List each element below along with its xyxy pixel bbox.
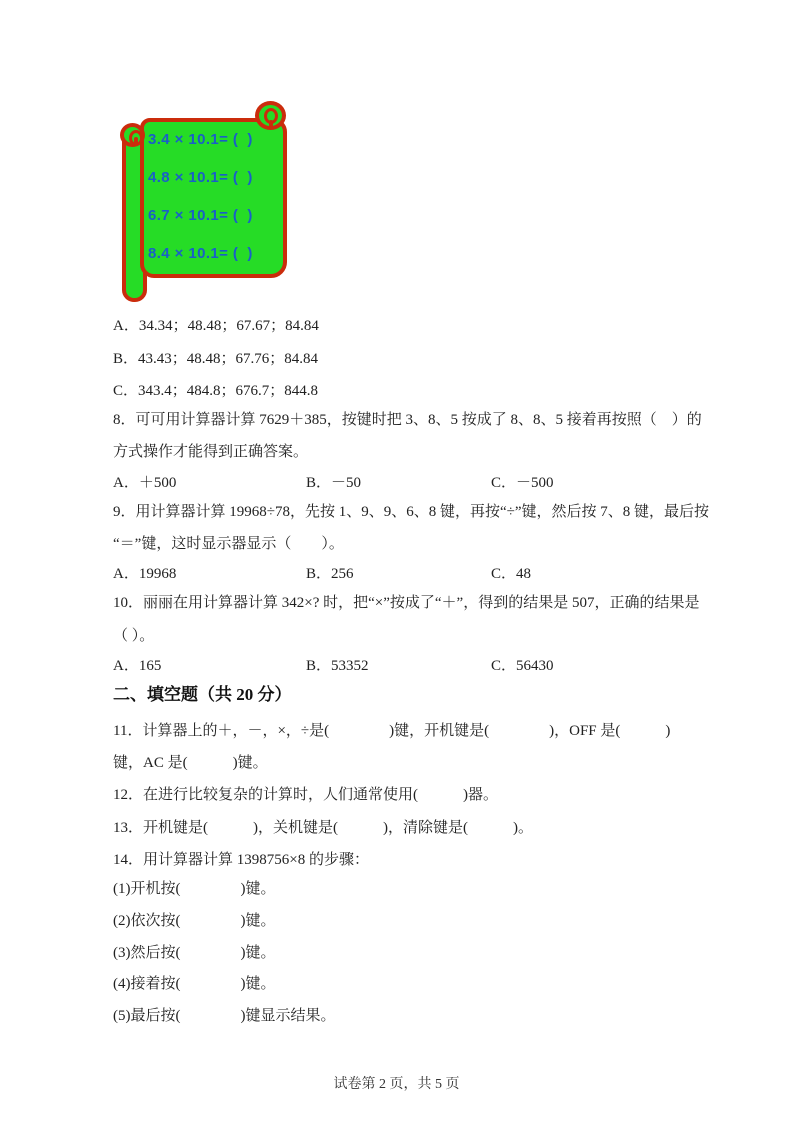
q10-option-a: A．165	[113, 656, 161, 676]
q14-step-1: (1)开机按( )键。	[113, 879, 713, 899]
scroll-curl-top-right-icon	[255, 101, 286, 130]
q9-option-a: A．19968	[113, 564, 176, 584]
scroll-equations: 3.4 × 10.1= ( )4.8 × 10.1= ( )6.7 × 10.1…	[148, 121, 253, 273]
scroll-equation-3: 6.7 × 10.1= ( )	[148, 197, 253, 235]
q14-step-2: (2)依次按( )键。	[113, 911, 713, 931]
q10-stem-line-1: 10．丽丽在用计算器计算 342×? 时，把“×”按成了“＋”，得到的结果是 5…	[113, 593, 713, 613]
q10-stem-line-2: （ ）。	[113, 626, 713, 646]
q8-option-b: B．－50	[306, 473, 361, 493]
q7-option-c: C．343.4；484.8；676.7；844.8	[113, 381, 713, 401]
q13-line: 13．开机键是( )，关机键是( )，清除键是( )。	[113, 818, 713, 838]
q8-stem-line-2: 方式操作才能得到正确答案。	[113, 442, 713, 462]
q8-option-c: C．－500	[491, 473, 554, 493]
q9-options-row: A．19968 B．256 C．48	[113, 564, 713, 664]
scroll-equation-2: 4.8 × 10.1= ( )	[148, 159, 253, 197]
q14-step-3: (3)然后按( )键。	[113, 943, 713, 963]
q14-step-4: (4)接着按( )键。	[113, 974, 713, 994]
q9-option-b: B．256	[306, 564, 354, 584]
q11-line-1: 11．计算器上的＋，－，×，÷是( )键，开机键是( )，OFF 是( )	[113, 721, 713, 741]
q9-option-c: C．48	[491, 564, 531, 584]
q10-options-row: A．165 B．53352 C．56430	[113, 656, 713, 756]
scroll-figure: 3.4 × 10.1= ( )4.8 × 10.1= ( )6.7 × 10.1…	[119, 99, 293, 305]
q8-option-a: A．＋500	[113, 473, 176, 493]
q12-line: 12．在进行比较复杂的计算时，人们通常使用( )器。	[113, 785, 713, 805]
q8-stem-line-1: 8．可可用计算器计算 7629＋385，按键时把 3、8、5 按成了 8、8、5…	[113, 410, 713, 430]
q8-options-row: A．＋500 B．－50 C．－500	[113, 473, 713, 573]
q10-option-c: C．56430	[491, 656, 554, 676]
section-2-title: 二、填空题（共 20 分）	[113, 685, 713, 705]
scroll-curl-top-left-icon	[120, 123, 145, 147]
page-footer: 试卷第 2 页，共 5 页	[0, 1073, 793, 1093]
exam-page: 3.4 × 10.1= ( )4.8 × 10.1= ( )6.7 × 10.1…	[0, 0, 793, 1122]
q9-stem-line-2: “＝”键，这时显示器显示（ ）。	[113, 534, 713, 554]
q10-option-b: B．53352	[306, 656, 369, 676]
q7-option-b: B．43.43；48.48；67.76；84.84	[113, 349, 713, 369]
q7-option-a: A．34.34；48.48；67.67；84.84	[113, 316, 713, 336]
scroll-equation-4: 8.4 × 10.1= ( )	[148, 235, 253, 273]
q14-line: 14．用计算器计算 1398756×8 的步骤：	[113, 850, 713, 870]
q11-line-2: 键，AC 是( )键。	[113, 753, 713, 773]
scroll-equation-1: 3.4 × 10.1= ( )	[148, 121, 253, 159]
q9-stem-line-1: 9．用计算器计算 19968÷78，先按 1、9、9、6、8 键，再按“÷”键，…	[113, 502, 713, 522]
q14-step-5: (5)最后按( )键显示结果。	[113, 1006, 713, 1026]
